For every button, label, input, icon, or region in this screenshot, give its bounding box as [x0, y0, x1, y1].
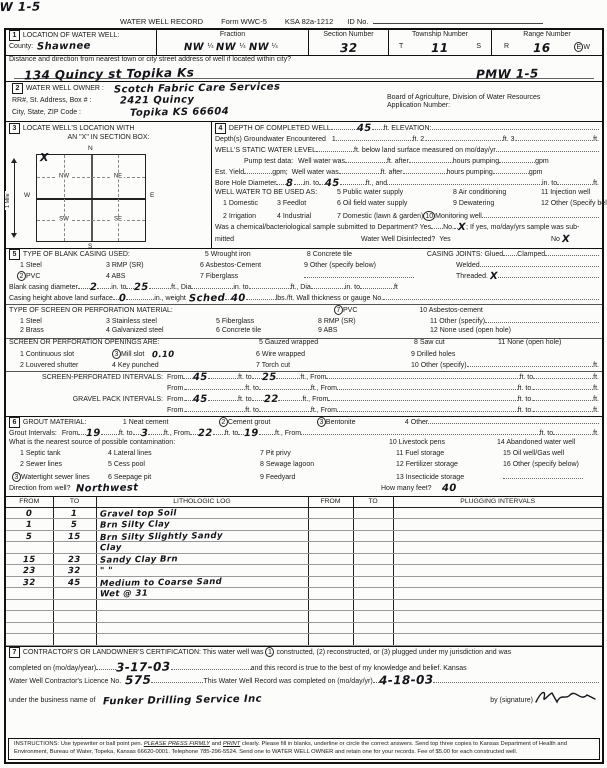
- signature-scribble: [533, 689, 599, 708]
- completed-date-value: 3-17-03: [116, 660, 171, 673]
- screen-option-3: 3 Stainless steel: [106, 318, 216, 326]
- dots: [126, 293, 154, 300]
- range-r-label: R: [504, 43, 509, 51]
- section-5-casing: 5TYPE OF BLANK CASING USED:5 Wrought iro…: [6, 248, 602, 304]
- plug-from-cell: [308, 599, 353, 611]
- plug-from-cell: [308, 519, 353, 531]
- owner-address-value: 2421 Quincy: [120, 95, 194, 106]
- instructions-text-2: Environment, Bureau of Water, Topeka, Ka…: [14, 749, 594, 757]
- county-cell: 1LOCATION OF WATER WELL: County:Shawnee: [6, 30, 156, 55]
- dots: [516, 134, 593, 141]
- casing-option-5: 5 Wrought iron: [205, 251, 307, 259]
- dots: [340, 178, 366, 185]
- well-water-was-label: Well water was: [298, 158, 345, 166]
- distance-answer-row: 134 Quincy st Topika Ks PMW 1-5: [6, 67, 602, 81]
- log-to-cell: 1: [53, 507, 96, 519]
- plug-from-header: FROM: [308, 497, 353, 508]
- section-1-title: LOCATION OF WATER WELL:: [23, 32, 119, 40]
- grout-option-3-label: Bentonite: [326, 419, 356, 426]
- opening-option-3-label: Mill slot: [121, 351, 144, 358]
- plug-to-header: TO: [353, 497, 393, 508]
- ft-label: ft.: [593, 407, 599, 415]
- casing-option-6: 6 Asbestos-Cement: [200, 262, 304, 270]
- dots: [191, 282, 233, 289]
- contamination-option-16: 16 Other (specify below): [503, 461, 579, 469]
- dots: [276, 372, 300, 379]
- ft-label: ft.: [593, 374, 599, 382]
- section-3-title-1: LOCATE WELL'S LOCATION WITH: [23, 125, 135, 133]
- hours-pumping-label: hours pumping: [453, 158, 499, 166]
- sample-no-label: No.: [443, 224, 454, 232]
- ft-dia-label: ft., Dia: [291, 284, 311, 292]
- screen-option-11: 11 Other (specify): [430, 318, 485, 326]
- groundwater-3: ft. 3.: [503, 136, 517, 144]
- contamination-option-8: 8 Sewage lagoon: [260, 461, 396, 469]
- use-option-1: 1 Domestic: [223, 200, 277, 208]
- disinfected-yes-label: Yes: [439, 236, 450, 243]
- section-6-number: 6: [9, 417, 20, 428]
- groundwater-2: ft. 2.: [413, 136, 427, 144]
- dashed-line: [37, 177, 145, 178]
- plugging-interval-cell: [393, 634, 602, 646]
- dots: [426, 134, 503, 141]
- dots: [294, 178, 304, 185]
- lithologic-log-table: FROM TO LITHOLOGIC LOG FROM TO PLUGGING …: [6, 496, 602, 646]
- dots: [467, 360, 594, 367]
- screen-option-2: 2 Brass: [20, 327, 106, 335]
- screen-intervals-label: SCREEN-PERFORATED INTERVALS:: [9, 374, 167, 382]
- casing-option-2-number: 2: [17, 271, 26, 281]
- ft-label: ft.: [593, 180, 599, 188]
- log-to-cell: 45: [53, 576, 96, 588]
- pump-test-label: Pump test data:: [244, 158, 293, 166]
- dots: [185, 405, 245, 412]
- instructions-box: INSTRUCTIONS: Use typewriter or ball poi…: [8, 738, 600, 760]
- opening-option-1: 1 Continuous slot: [20, 351, 112, 359]
- opening-option-10: 10 Other (specify): [411, 362, 467, 370]
- quarter-glyph: ¼: [272, 43, 278, 51]
- opening-option-5: 5 Gauzed wrapped: [259, 339, 414, 347]
- scanned-form-page: PMW 1-5 WATER WELL RECORD Form WWC-5 KSA…: [0, 0, 607, 768]
- quarter-glyph: ¼: [208, 43, 214, 51]
- dots: [78, 282, 90, 289]
- statute-reference: KSA 82a-1212: [285, 18, 333, 27]
- ft-from-label: ft., From: [302, 396, 328, 404]
- instructions-text-1a: INSTRUCTIONS: Use typewriter or ball poi…: [14, 741, 144, 747]
- plug-to-cell: [353, 634, 393, 646]
- range-value: 16: [533, 42, 551, 54]
- how-many-feet-value: 40: [442, 484, 457, 494]
- ft-to-label: ft. to.: [518, 385, 534, 393]
- dots: [533, 383, 593, 390]
- dots: [331, 123, 357, 130]
- ft-dia-label: ft., Dia: [171, 284, 191, 292]
- fraction-2-value: NW: [216, 43, 236, 53]
- opening-option-6: 6 Wire wrapped: [256, 351, 411, 359]
- grout-option-3-circled: 3Bentonite: [317, 417, 405, 427]
- in-to-label: in. to: [345, 284, 360, 292]
- groundwater-label: Depth(s) Groundwater Encountered: [215, 136, 326, 144]
- casing-option-2-label: PVC: [26, 273, 40, 280]
- ft-to-label: ft. to: [238, 374, 252, 382]
- section-1-location: 1LOCATION OF WATER WELL: County:Shawnee …: [6, 30, 602, 56]
- plugging-interval-cell: [393, 576, 602, 588]
- dots: [345, 156, 387, 163]
- gravel-interval-to-value: 22: [264, 395, 279, 405]
- dots: [337, 405, 518, 412]
- ft-to-label: ft. to: [540, 430, 554, 438]
- plug-to-cell: [353, 553, 393, 565]
- casing-option-4: 4 ABS: [106, 273, 200, 281]
- log-from-cell: 23: [6, 565, 53, 577]
- county-label: County:: [9, 43, 33, 51]
- log-to-cell: [53, 599, 96, 611]
- plugging-interval-cell: [393, 611, 602, 623]
- casing-height-label: Casing height above land surface: [9, 295, 113, 303]
- log-to-cell: 15: [53, 530, 96, 542]
- log-row: 3245Medium to Coarse Sand: [6, 576, 602, 588]
- by-signature-label: by (signature): [490, 697, 533, 705]
- grout-interval-1-from: 19: [86, 429, 101, 439]
- log-row: 01Gravel top Soil: [6, 507, 602, 519]
- owner-fields: 2 WATER WELL OWNER : Scotch Fabric Care …: [9, 83, 387, 119]
- plug-from-cell: [308, 576, 353, 588]
- log-from-cell: 15: [6, 553, 53, 565]
- sample-question-tail: ; If yes, mo/day/yrs sample was sub-: [466, 224, 579, 232]
- west-label: W: [24, 192, 30, 199]
- screen-interval-to-value: 25: [262, 373, 277, 383]
- disinfected-no: No X: [551, 234, 599, 244]
- screen-option-7-circled: 7PVC: [334, 305, 357, 315]
- dots: [360, 282, 394, 289]
- form-title: WATER WELL RECORD: [120, 18, 203, 27]
- log-to-cell: [53, 588, 96, 600]
- dots: [301, 428, 539, 435]
- east-label: E: [150, 192, 154, 199]
- record-completed-label: This Water Well Record was completed on …: [203, 678, 372, 686]
- dots: [328, 394, 517, 401]
- use-option-4: 4 Industrial: [277, 213, 337, 221]
- dots: [433, 676, 599, 683]
- ft-from-label: ft., From: [311, 385, 337, 393]
- grout-interval-2-from: 22: [198, 429, 213, 439]
- plug-to-cell: [353, 576, 393, 588]
- ft-label: ft.: [593, 396, 599, 404]
- contamination-option-7: 7 Pit privy: [260, 450, 396, 458]
- fraction-cell: Fraction NW¼ NW¼ NW¼: [156, 30, 308, 55]
- section-3-title-2: AN "X" IN SECTION BOX:: [68, 134, 150, 142]
- log-to-header: TO: [53, 497, 96, 508]
- gpm-label: gpm: [529, 169, 543, 177]
- log-to-cell: [53, 611, 96, 623]
- contamination-option-12: 12 Fertilizer storage: [396, 461, 503, 469]
- grout-interval-1-to: 3: [140, 429, 148, 439]
- plug-to-cell: [353, 622, 393, 634]
- sample-no-x-mark: X: [458, 223, 466, 233]
- ft-after-label: ft. after: [381, 169, 403, 177]
- screen-option-1: 1 Steel: [20, 318, 106, 326]
- wall-thickness-label: lbs./ft. Wall thickness or gauge No.: [276, 295, 384, 303]
- township-value: 11: [431, 42, 449, 54]
- screen-interval-from-value: 45: [193, 373, 208, 383]
- contamination-option-14: 14 Abandoned water well: [497, 439, 575, 447]
- distance-value: 134 Quincy st Topika Ks: [24, 67, 194, 82]
- range-label: Range Number: [492, 30, 602, 39]
- dots: [326, 372, 519, 379]
- dots: [149, 282, 171, 289]
- elevation-label: ft. ELEVATION:: [384, 125, 432, 133]
- plugging-interval-cell: [393, 622, 602, 634]
- threaded-x-mark: X: [490, 272, 498, 282]
- licence-number-value: 575: [125, 674, 151, 686]
- dots: [208, 394, 238, 401]
- log-description-cell: Brn Silty Slightly Sandy: [96, 530, 308, 542]
- opening-option-3-circled: 3Mill slot0.10: [112, 349, 256, 359]
- dots: [403, 167, 447, 174]
- dots: [96, 663, 116, 670]
- distance-question: Distance and direction from nearest town…: [9, 56, 291, 64]
- log-from-cell: [6, 588, 53, 600]
- plugging-intervals-header: PLUGGING INTERVALS: [393, 497, 602, 508]
- log-from-cell: [6, 634, 53, 646]
- dashed-line: [64, 155, 65, 241]
- plug-from-cell: [308, 530, 353, 542]
- screen-option-7-label: PVC: [343, 307, 357, 314]
- dots: [190, 428, 198, 435]
- log-from-cell: [6, 542, 53, 554]
- blank-casing-diameter-label: Blank casing diameter: [9, 284, 78, 292]
- casing-option-2-circled: 2PVC: [17, 271, 106, 281]
- water-use-label: WELL WATER TO BE USED AS:: [215, 189, 337, 197]
- sample-question: Was a chemical/bacteriological sample su…: [215, 224, 431, 232]
- direction-from-well-value: Northwest: [76, 484, 139, 495]
- disinfected-question: Water Well Disinfected? Yes: [361, 236, 551, 244]
- use-option-12: 12 Other (Specify below): [541, 200, 607, 208]
- business-name-value: Funker Drilling Service Inc: [103, 695, 262, 708]
- owner-city-label: City, State, ZIP Code :: [12, 109, 120, 117]
- openings-title: SCREEN OR PERFORATION OPENINGS ARE:: [9, 339, 259, 347]
- dots: [252, 394, 264, 401]
- log-row: [6, 599, 602, 611]
- hours-pumping-label: hours pumping: [447, 169, 493, 177]
- contamination-option-3-number: 3: [12, 472, 21, 482]
- how-many-feet: How many feet?40: [381, 483, 599, 493]
- dots: [171, 663, 251, 670]
- casing-weight-sched-value: Sched: [189, 294, 225, 305]
- log-description-cell: Brn Silty Clay: [96, 519, 308, 531]
- opening-option-3-number: 3: [112, 349, 121, 359]
- disinfected-no-label: No: [551, 236, 560, 243]
- log-row: 515Brn Silty Slightly Sandy: [6, 530, 602, 542]
- log-row: [6, 611, 602, 623]
- plugging-interval-cell: [393, 599, 602, 611]
- bore-hole-diameter-value: 8: [286, 179, 294, 189]
- range-cell: Range Number R 16 EW: [491, 30, 602, 55]
- dots: [372, 123, 384, 130]
- township-cell: Township Number T 11 S: [388, 30, 491, 55]
- log-description-cell: Medium to Coarse Sand: [96, 576, 308, 588]
- section-number-cell: Section Number 32: [308, 30, 388, 55]
- casing-weight-value: 40: [231, 294, 246, 304]
- screen-option-5: 5 Fiberglass: [216, 318, 318, 326]
- plug-from-cell: [308, 565, 353, 577]
- constructed-option-circled: 1: [265, 647, 274, 657]
- from-label: From: [62, 430, 78, 438]
- grout-option-2-circled: 2Cement grout: [219, 417, 317, 427]
- instructions-press-firmly: PLEASE PRESS FIRMLY: [144, 741, 210, 747]
- section-box: NW NE SW SE X: [36, 154, 146, 242]
- fraction-3-value: NW: [248, 43, 268, 53]
- in-to-label: in. to: [542, 180, 557, 188]
- owner-address-label: RR#, St. Address, Box # :: [12, 97, 120, 105]
- opening-option-9: 9 Drilled holes: [411, 351, 455, 359]
- plug-to-cell: [353, 611, 393, 623]
- log-description-cell: Wet @ 31: [96, 588, 308, 600]
- log-row: 15Brn Silty Clay: [6, 519, 602, 531]
- dots: [498, 271, 599, 278]
- dots: [151, 676, 203, 683]
- dots: [183, 372, 193, 379]
- dots: [249, 282, 291, 289]
- opening-option-2: 2 Louvered shutter: [20, 362, 112, 370]
- well-water-was-label: Well water was: [292, 169, 339, 177]
- bore-hole-label: Bore Hole Diameter: [215, 180, 276, 188]
- use-option-3: 3 Feedlot: [277, 200, 337, 208]
- dots: [428, 417, 599, 424]
- instructions-print: PRINT: [223, 741, 240, 747]
- section-3-4-block: 3LOCATE WELL'S LOCATION WITH AN "X" IN S…: [6, 121, 602, 248]
- plugging-interval-cell: [393, 553, 602, 565]
- ft-label: ft: [394, 284, 398, 292]
- gravel-interval-from-value: 45: [193, 395, 208, 405]
- dots: [259, 428, 275, 435]
- dots: [482, 211, 599, 218]
- gpm-semi-label: gpm;: [272, 169, 288, 177]
- log-row: Clay: [6, 542, 602, 554]
- screen-option-9: 9 ABS: [318, 327, 430, 335]
- plugging-interval-cell: [393, 588, 602, 600]
- casing-option-8: 8 Concrete tile: [307, 251, 427, 259]
- from-label: From.: [167, 385, 185, 393]
- dots: [246, 293, 276, 300]
- log-row: [6, 622, 602, 634]
- ft-label: ft.: [593, 385, 599, 393]
- dashed-line: [118, 155, 119, 241]
- plugging-interval-cell: [393, 565, 602, 577]
- dots: [533, 394, 593, 401]
- dots: [432, 123, 599, 130]
- plug-from-cell: [308, 634, 353, 646]
- use-option-8: 8 Air conditioning: [453, 189, 541, 197]
- section-number-label: Section Number: [309, 30, 388, 39]
- dots: [259, 405, 311, 412]
- ft-to-label: ft. to.: [518, 407, 534, 415]
- contamination-option-6: 6 Seepage pit: [108, 474, 260, 482]
- contamination-option-3-label: Watertight sewer lines: [21, 474, 90, 481]
- one-mile-label: 1 Mile: [5, 191, 11, 210]
- log-description-cell: " ": [96, 565, 308, 577]
- dots: [533, 372, 593, 379]
- ft-from-label: ft., From: [164, 430, 190, 438]
- business-name-label: under the business name of: [9, 697, 95, 705]
- record-completed-date-value: 4-18-03: [379, 673, 434, 686]
- use-option-2: 2 Irrigation: [223, 213, 277, 221]
- section-4-well-data: 4DEPTH OF COMPLETED WELL45ft. ELEVATION:…: [212, 122, 602, 248]
- distance-answer-line: 134 Quincy st Topika Ks: [14, 67, 476, 79]
- depth-completed-value: 45: [357, 124, 372, 134]
- range-east-west: EW: [574, 42, 590, 52]
- dots: [431, 222, 443, 229]
- ft-to-label: ft. to: [119, 430, 133, 438]
- log-row: 1523Sandy Clay Brn: [6, 553, 602, 565]
- certification-text-c: and this record is true to the best of m…: [251, 665, 467, 673]
- grout-option-1: 1 Neat cement: [123, 419, 219, 427]
- casing-height-value: 0: [119, 294, 127, 304]
- contamination-option-15: 15 Oil well/Gas well: [503, 450, 564, 458]
- agency-name: Board of Agriculture, Division of Water …: [387, 94, 599, 102]
- log-description-cell: [96, 611, 308, 623]
- ft-label: ft.: [593, 136, 599, 144]
- screen-option-7-number: 7: [334, 305, 343, 315]
- contamination-option-10: 10 Livestock pens: [389, 439, 497, 447]
- section-2-owner: 2 WATER WELL OWNER : Scotch Fabric Care …: [6, 81, 602, 121]
- log-row: 2332" ": [6, 565, 602, 577]
- casing-joints-welded-label: Welded: [456, 262, 480, 270]
- from-label: From.: [167, 396, 185, 404]
- log-description-cell: [96, 622, 308, 634]
- dots: [503, 472, 583, 479]
- dots: [213, 428, 225, 435]
- bore-hole-depth-value: 45: [325, 179, 340, 189]
- dots: [533, 405, 593, 412]
- section-4-number: 4: [215, 123, 226, 134]
- dots: [304, 271, 414, 278]
- section-3-number: 3: [9, 123, 20, 134]
- well-id-value: PMW 1-5: [476, 68, 539, 81]
- agency-block: Board of Agriculture, Division of Water …: [387, 83, 599, 119]
- dots: [496, 145, 599, 152]
- plugging-interval-cell: [393, 530, 602, 542]
- nw-quadrant-label: NW: [57, 173, 71, 180]
- from-label: From: [167, 374, 183, 382]
- ft-label: ft.: [593, 430, 599, 438]
- log-to-cell: [53, 542, 96, 554]
- casing-option-1: 1 Steel: [20, 262, 106, 270]
- completed-on-label: completed on (mo/day/year): [9, 665, 96, 673]
- id-number-label: ID No.: [347, 18, 368, 27]
- dots: [485, 316, 599, 323]
- ft-to-label: ft. to: [245, 407, 259, 415]
- in-to-label: in. to: [111, 284, 126, 292]
- log-to-cell: [53, 622, 96, 634]
- dots: [97, 282, 111, 289]
- log-description-cell: Sandy Clay Brn: [96, 553, 308, 565]
- est-yield-label: Est. Yield: [215, 169, 244, 177]
- grout-intervals-label: Grout Intervals:: [9, 430, 57, 438]
- static-water-level-label: WELL'S STATIC WATER LEVEL: [215, 147, 316, 155]
- dots: [383, 293, 599, 300]
- in-to-label: in. to: [233, 284, 248, 292]
- dots: [387, 178, 542, 185]
- contamination-option-3-circled: 3Watertight sewer lines: [12, 472, 108, 482]
- section-2-number: 2: [12, 83, 23, 94]
- plug-from-cell: [308, 553, 353, 565]
- instructions-text-1e: clearly. Please fill in blanks, underlin…: [240, 741, 567, 747]
- log-description-cell: Gravel top Soil: [96, 507, 308, 519]
- in-to-label: in. to: [304, 180, 319, 188]
- log-from-header: FROM: [6, 497, 53, 508]
- plug-to-cell: [353, 507, 393, 519]
